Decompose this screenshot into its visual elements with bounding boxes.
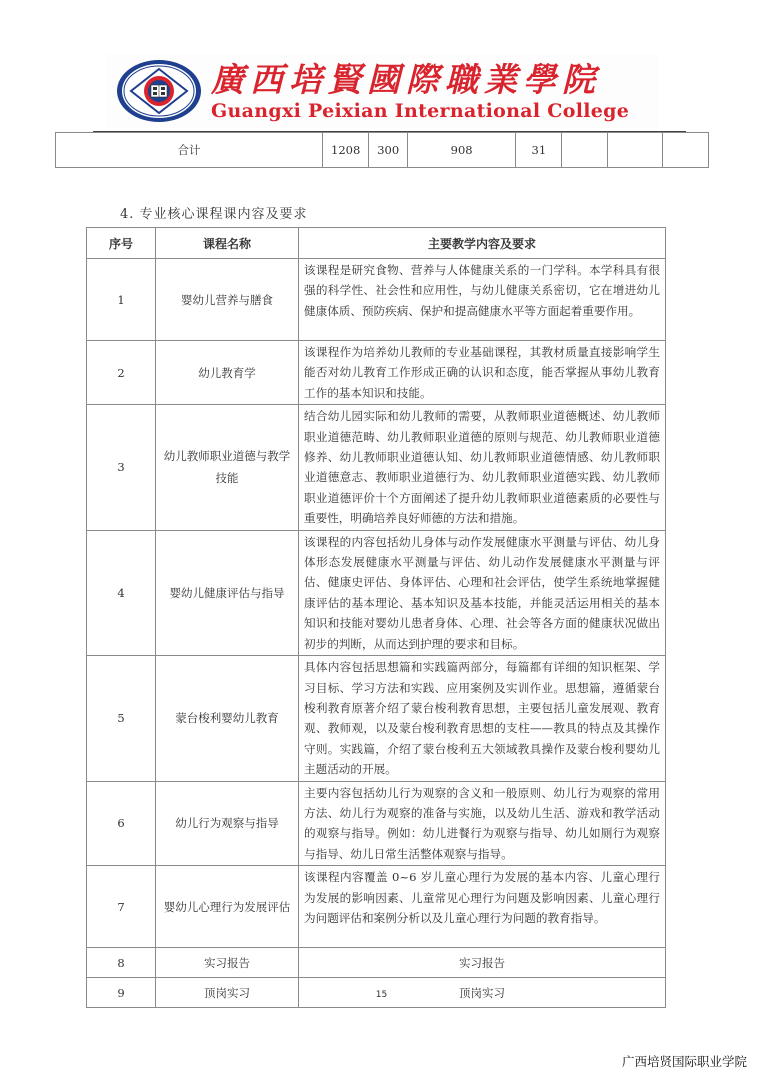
total-cell	[663, 133, 709, 168]
row-course-name: 实习报告	[156, 948, 299, 978]
row-no: 3	[87, 405, 156, 530]
row-no: 8	[87, 948, 156, 978]
table-header-row: 序号 课程名称 主要教学内容及要求	[87, 228, 666, 259]
row-course-name: 蒙台梭利婴幼儿教育	[156, 656, 299, 781]
total-label: 合计	[56, 133, 323, 168]
row-course-name: 幼儿行为观察与指导	[156, 781, 299, 866]
table-row: 3 幼儿教师职业道德与教学技能 结合幼儿园实际和幼儿教师的需要，从教师职业道德概…	[87, 405, 666, 530]
row-content: 该课程是研究食物、营养与人体健康关系的一门学科。本学科具有很强的科学性、社会性和…	[299, 259, 666, 341]
total-row-table: 合计 1208 300 908 31	[55, 132, 709, 168]
section-title: 4. 专业核心课程课内容及要求	[120, 203, 308, 222]
college-seal-icon	[115, 58, 203, 124]
table-row: 4 婴幼儿健康评估与指导 该课程的内容包括幼儿身体与动作发展健康水平测量与评估、…	[87, 530, 666, 655]
header-course-name: 课程名称	[156, 228, 299, 259]
row-content: 主要内容包括幼儿行为观察的含义和一般原则、幼儿行为观察的常用方法、幼儿行为观察的…	[299, 781, 666, 866]
college-name-cn: 廣西培賢國際職業學院	[211, 60, 629, 100]
row-content: 该课程内容覆盖 0~6 岁儿童心理行为发展的基本内容、儿童心理行为发展的影响因素…	[299, 866, 666, 948]
row-no: 2	[87, 341, 156, 405]
total-cell: 31	[516, 133, 562, 168]
table-row: 8 实习报告 实习报告	[87, 948, 666, 978]
row-content: 该课程作为培养幼儿教师的专业基础课程，其教材质量直接影响学生能否对幼儿教育工作形…	[299, 341, 666, 405]
college-name-en: Guangxi Peixian International College	[211, 100, 629, 122]
table-row: 1 婴幼儿营养与膳食 该课程是研究食物、营养与人体健康关系的一门学科。本学科具有…	[87, 259, 666, 341]
college-banner: 廣西培賢國際職業學院 Guangxi Peixian International…	[107, 54, 659, 128]
total-row: 合计 1208 300 908 31	[56, 133, 709, 168]
total-cell: 300	[369, 133, 408, 168]
row-content: 实习报告	[299, 948, 666, 978]
row-course-name: 幼儿教育学	[156, 341, 299, 405]
row-course-name: 婴幼儿健康评估与指导	[156, 530, 299, 655]
row-no: 7	[87, 866, 156, 948]
row-course-name: 婴幼儿心理行为发展评估	[156, 866, 299, 948]
row-no: 1	[87, 259, 156, 341]
row-course-name: 婴幼儿营养与膳食	[156, 259, 299, 341]
row-no: 6	[87, 781, 156, 866]
total-cell: 1208	[322, 133, 369, 168]
row-content: 该课程的内容包括幼儿身体与动作发展健康水平测量与评估、幼儿身体形态发展健康水平测…	[299, 530, 666, 655]
total-cell	[562, 133, 608, 168]
total-cell	[608, 133, 663, 168]
footer-college-name: 广西培贤国际职业学院	[622, 1052, 747, 1070]
row-course-name: 幼儿教师职业道德与教学技能	[156, 405, 299, 530]
row-content: 具体内容包括思想篇和实践篇两部分，每篇都有详细的知识框架、学习目标、学习方法和实…	[299, 656, 666, 781]
page-number: 15	[0, 990, 763, 1000]
table-row: 2 幼儿教育学 该课程作为培养幼儿教师的专业基础课程，其教材质量直接影响学生能否…	[87, 341, 666, 405]
college-name: 廣西培賢國際職業學院 Guangxi Peixian International…	[211, 60, 629, 122]
total-cell: 908	[407, 133, 515, 168]
row-no: 4	[87, 530, 156, 655]
header-content: 主要教学内容及要求	[299, 228, 666, 259]
row-content: 结合幼儿园实际和幼儿教师的需要，从教师职业道德概述、幼儿教师职业道德范畴、幼儿教…	[299, 405, 666, 530]
table-row: 7 婴幼儿心理行为发展评估 该课程内容覆盖 0~6 岁儿童心理行为发展的基本内容…	[87, 866, 666, 948]
core-course-table: 序号 课程名称 主要教学内容及要求 1 婴幼儿营养与膳食 该课程是研究食物、营养…	[86, 227, 666, 1008]
header-no: 序号	[87, 228, 156, 259]
table-row: 5 蒙台梭利婴幼儿教育 具体内容包括思想篇和实践篇两部分，每篇都有详细的知识框架…	[87, 656, 666, 781]
row-no: 5	[87, 656, 156, 781]
table-row: 6 幼儿行为观察与指导 主要内容包括幼儿行为观察的含义和一般原则、幼儿行为观察的…	[87, 781, 666, 866]
